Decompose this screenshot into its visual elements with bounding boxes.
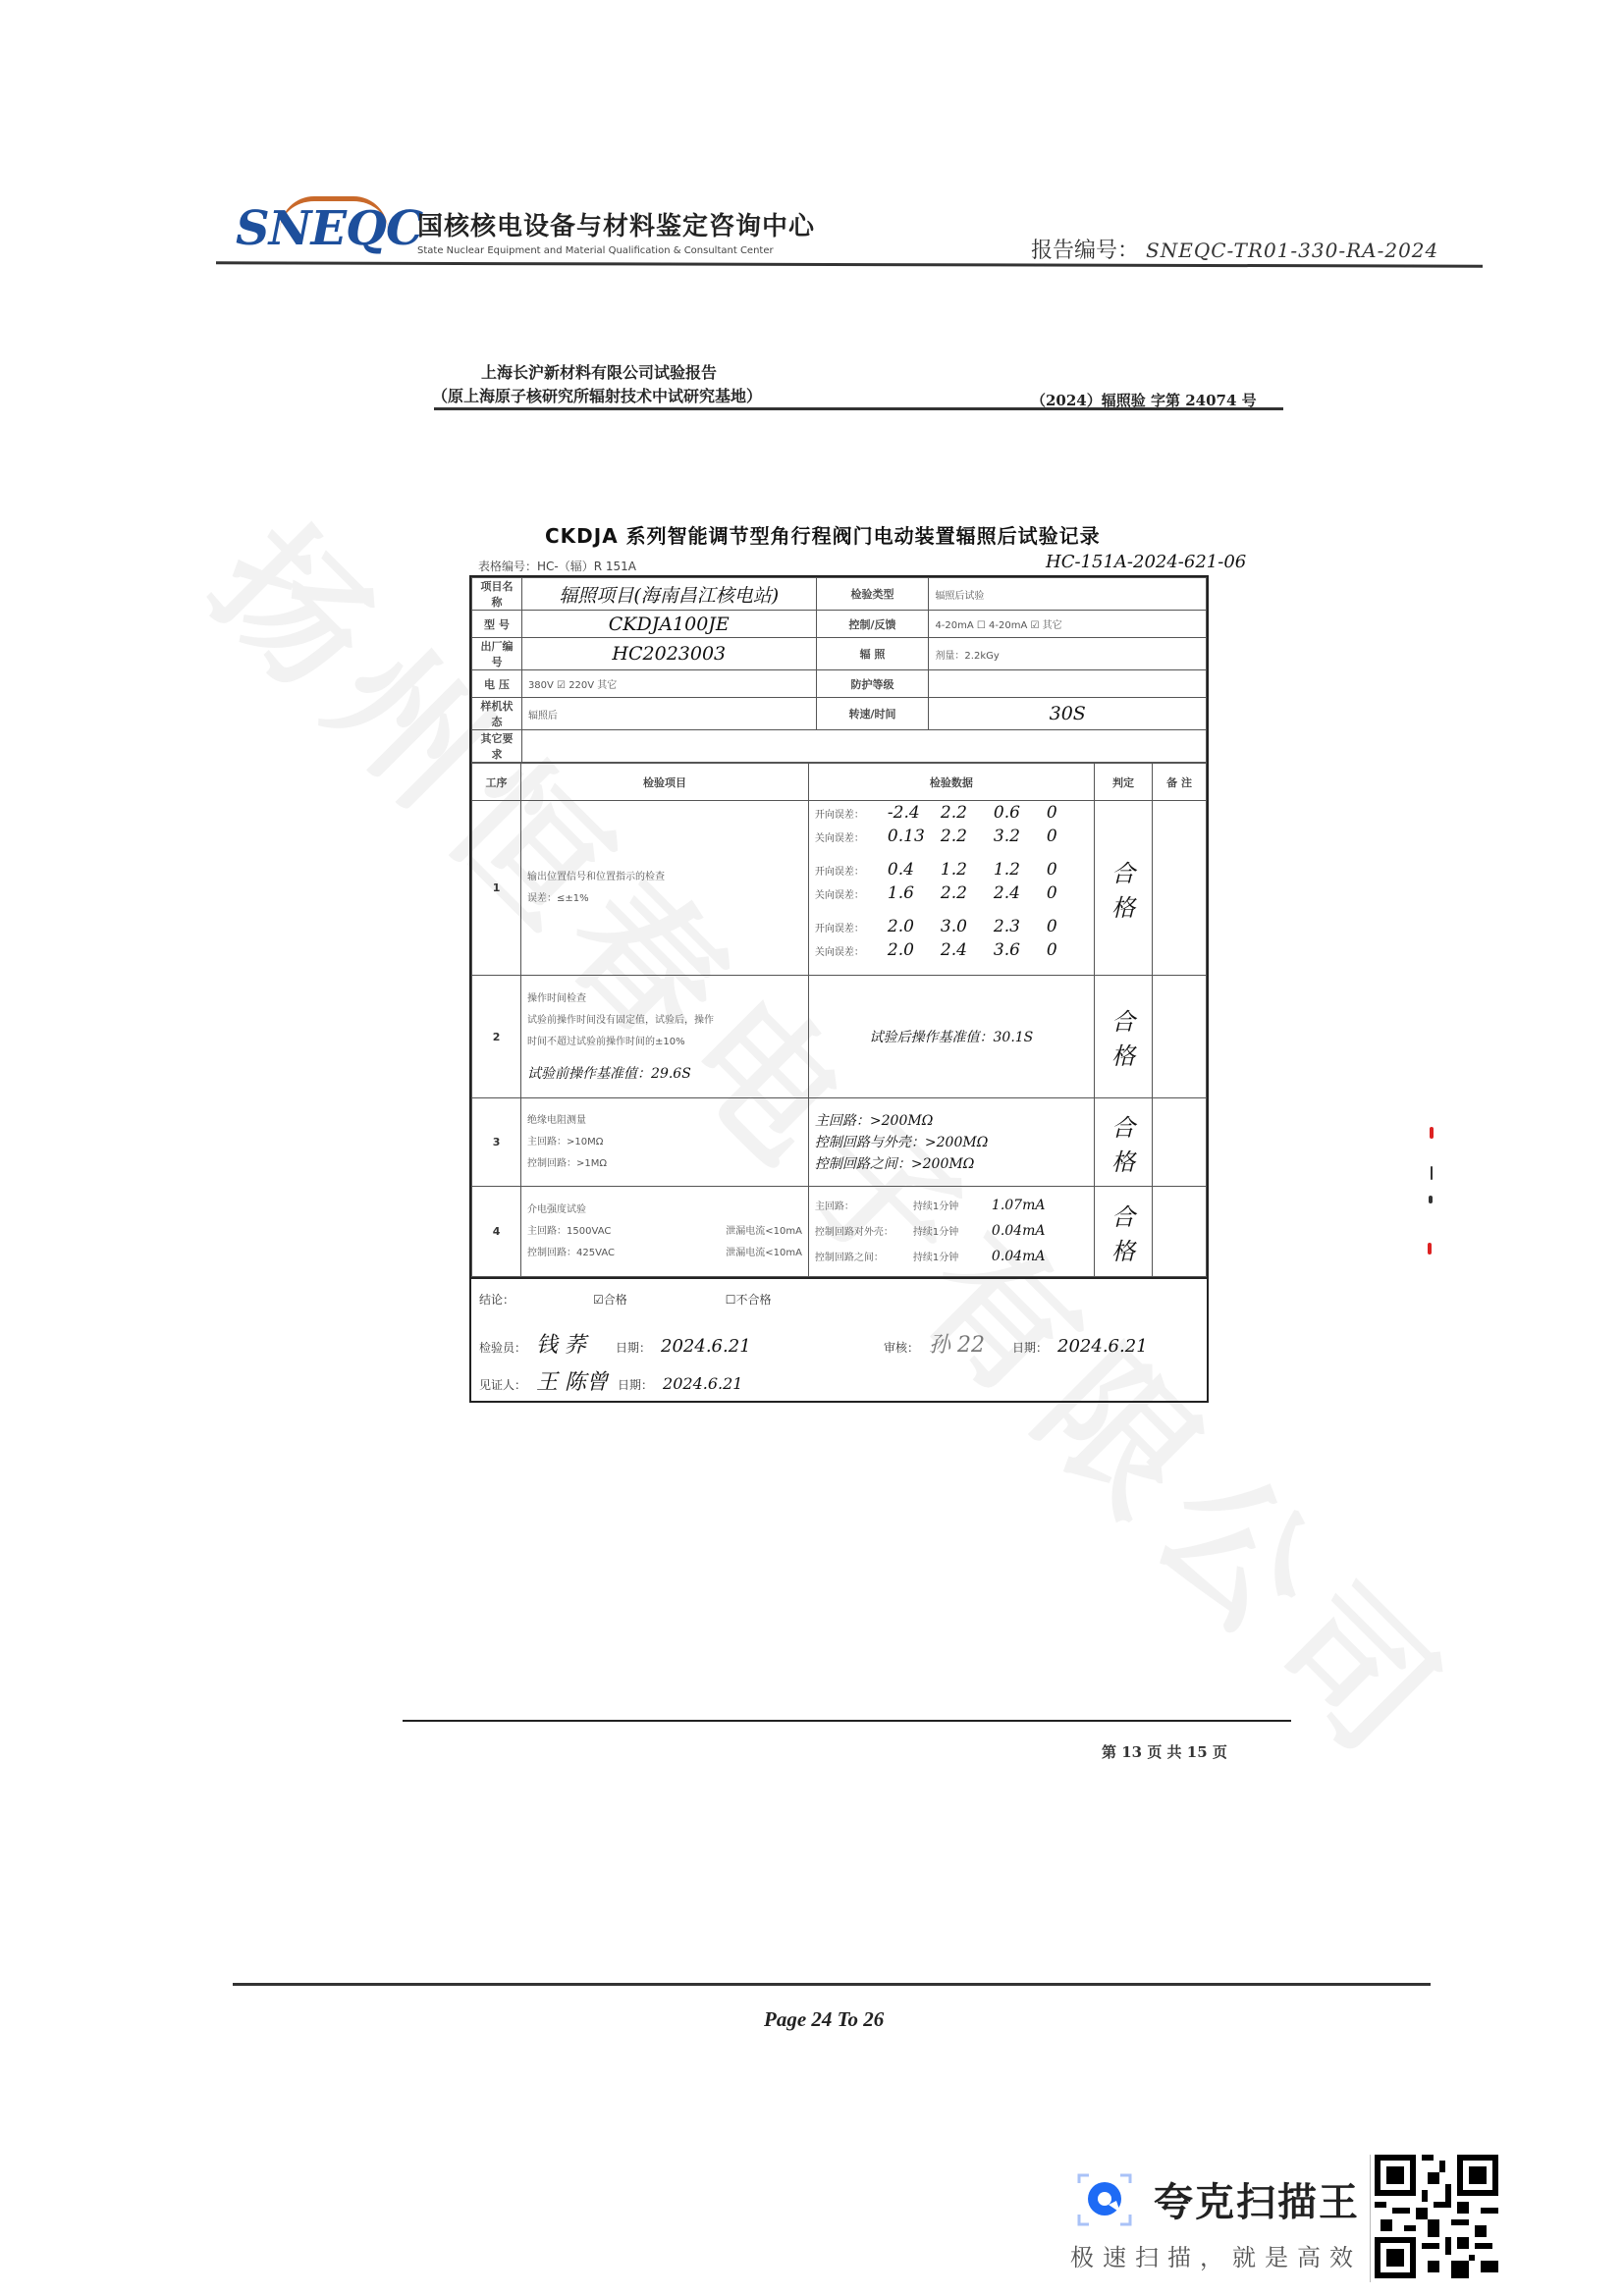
quark-scanner-logo-icon	[1075, 2169, 1134, 2228]
form-title: CKDJA 系列智能调节型角行程阀门电动装置辐照后试验记录	[545, 520, 1101, 549]
info-label: 电 压	[472, 670, 522, 698]
scanner-slogan: 极速扫描，就是高效	[1070, 2238, 1362, 2272]
conclusion-pass-checkbox: ☑合格	[593, 1291, 627, 1308]
info-row: 项目名称辐照项目(海南昌江核电站)检验类型辐照后试验	[472, 578, 1207, 611]
data-line: 控制回路与外壳：>200MΩ	[815, 1132, 1088, 1153]
item-line: 控制回路：>1MΩ	[527, 1153, 802, 1175]
info-value: CKDJA100JE	[521, 611, 816, 638]
measurement-value: 3.2	[994, 827, 1035, 846]
step-data: 主回路：持续1分钟1.07mA控制回路对外壳：持续1分钟0.04mA控制回路之间…	[808, 1187, 1094, 1277]
step-item: 绝缘电阻测量 主回路：>10MΩ 控制回路：>1MΩ	[521, 1098, 809, 1187]
dielectric-line: 主回路：持续1分钟1.07mA	[815, 1194, 1088, 1219]
measurement-line: 开向误差：-2.42.20.60	[815, 803, 1088, 827]
info-value: HC2023003	[521, 638, 816, 670]
info-label: 项目名称	[472, 578, 522, 611]
measurement-line: 开向误差：2.03.02.30	[815, 917, 1088, 940]
measurement-label: 关向误差：	[815, 886, 876, 901]
measurement-value: -2.4	[888, 803, 929, 823]
dielectric-duration: 持续1分钟	[913, 1196, 992, 1219]
measurement-value: 1.2	[941, 860, 982, 880]
measurement-line: 关向误差：1.62.22.40	[815, 883, 1088, 907]
data-line: 主回路：>200MΩ	[815, 1110, 1088, 1132]
step-remark	[1153, 1098, 1207, 1187]
step-number: 1	[472, 801, 521, 976]
scanner-app-name: 夸克扫描王	[1154, 2171, 1360, 2227]
info-label-2: 检验类型	[816, 578, 929, 611]
measurement-value: 3.6	[994, 940, 1035, 960]
measurement-label: 关向误差：	[815, 829, 876, 844]
org-name-en: State Nuclear Equipment and Material Qua…	[417, 245, 774, 256]
reviewer-date-label: 日期：	[1012, 1339, 1048, 1356]
measurement-group: 开向误差：0.41.21.20关向误差：1.62.22.40	[815, 860, 1088, 907]
measurement-value: 0	[1047, 827, 1088, 846]
info-label-2: 防护等级	[816, 670, 929, 698]
dielectric-label: 控制回路对外壳：	[815, 1221, 913, 1245]
witness-date-label: 日期：	[618, 1376, 653, 1393]
step-remark	[1153, 801, 1207, 976]
measurement-value: 1.6	[888, 883, 929, 903]
conclusion-label: 结论：	[479, 1291, 514, 1308]
col-remark: 备 注	[1153, 764, 1207, 801]
info-label: 样机状态	[472, 698, 522, 730]
step-item: 输出位置信号和位置指示的检查 误差：≤±1%	[521, 801, 809, 976]
item-line: 泄漏电流<10mA	[726, 1243, 802, 1264]
table-row: 4 介电强度试验 主回路：1500VAC 泄漏电流<10mA 控制回路：425V…	[472, 1187, 1207, 1277]
reviewer-signature: 审核： 孙 22 日期： 2024.6.21	[884, 1328, 1148, 1359]
item-line: 输出位置信号和位置指示的检查	[527, 867, 802, 888]
col-step: 工序	[472, 764, 521, 801]
inspector-date-label: 日期：	[616, 1339, 651, 1356]
info-label-2: 控制/反馈	[816, 611, 929, 638]
info-value-2	[929, 670, 1207, 698]
measurement-value: 0	[1047, 883, 1088, 903]
witness-date: 2024.6.21	[663, 1374, 742, 1393]
measurement-label: 开向误差：	[815, 920, 876, 934]
step-number: 2	[472, 976, 521, 1098]
measurement-value: 0	[1047, 940, 1088, 960]
step-data: 试验后操作基准值：30.1S	[808, 976, 1094, 1098]
info-label: 其它要求	[472, 730, 522, 763]
step-data: 主回路：>200MΩ 控制回路与外壳：>200MΩ 控制回路之间：>200MΩ	[808, 1098, 1094, 1187]
measurement-value: 2.0	[888, 917, 929, 936]
step-item: 介电强度试验 主回路：1500VAC 泄漏电流<10mA 控制回路：425VAC…	[521, 1187, 809, 1277]
form-number: 表格编号：HC-（辐）R 151A	[478, 558, 636, 574]
measurement-line: 关向误差：2.02.43.60	[815, 940, 1088, 964]
col-verdict: 判定	[1094, 764, 1152, 801]
dielectric-value: 0.04mA	[992, 1219, 1046, 1243]
step-verdict: 合格	[1094, 1098, 1152, 1187]
dielectric-value: 0.04mA	[992, 1245, 1046, 1268]
qr-code-icon[interactable]	[1375, 2155, 1498, 2278]
reviewer-label: 审核：	[884, 1339, 919, 1356]
info-value: 辐照后	[521, 698, 816, 730]
step-item: 操作时间检查 试验前操作时间没有固定值，试验后，操作 时间不超过试验前操作时间的…	[521, 976, 809, 1098]
sneqc-logo: SNEQC	[236, 201, 422, 256]
dielectric-duration: 持续1分钟	[913, 1247, 992, 1270]
inspector-date: 2024.6.21	[661, 1336, 751, 1357]
col-item: 检验项目	[521, 764, 809, 801]
info-value-2: 辐照后试验	[929, 578, 1207, 611]
table-row: 3 绝缘电阻测量 主回路：>10MΩ 控制回路：>1MΩ 主回路：>200MΩ …	[472, 1098, 1207, 1187]
page-number-en: Page 24 To 26	[764, 2007, 884, 2032]
table-row: 2 操作时间检查 试验前操作时间没有固定值，试验后，操作 时间不超过试验前操作时…	[472, 976, 1207, 1098]
step-verdict: 合格	[1094, 976, 1152, 1098]
footer-divider	[403, 1720, 1291, 1722]
inspector-label: 检验员：	[479, 1339, 526, 1356]
info-row: 电 压380V ☑ 220V 其它防护等级	[472, 670, 1207, 698]
dielectric-duration: 持续1分钟	[913, 1221, 992, 1245]
reviewer-date: 2024.6.21	[1057, 1336, 1148, 1357]
measurement-value: 0	[1047, 803, 1088, 823]
info-value: 380V ☑ 220V 其它	[521, 670, 816, 698]
item-line: 泄漏电流<10mA	[726, 1221, 802, 1243]
info-row: 出厂编号HC2023003辐 照剂量：2.2kGy	[472, 638, 1207, 670]
outer-footer-divider	[233, 1983, 1431, 1986]
measurement-value: 0.6	[994, 803, 1035, 823]
info-value-2: 剂量：2.2kGy	[929, 638, 1207, 670]
measurement-value: 2.2	[941, 883, 982, 903]
info-row: 样机状态辐照后转速/时间30S	[472, 698, 1207, 730]
item-line: 误差：≤±1%	[527, 888, 802, 910]
measurement-value: 0	[1047, 860, 1088, 880]
step-remark	[1153, 976, 1207, 1098]
lab-former-name: （原上海原子核研究所辐射技术中试研究基地）	[432, 384, 762, 406]
info-label-2: 转速/时间	[816, 698, 929, 730]
measurement-label: 开向误差：	[815, 863, 876, 878]
report-number: 报告编号： SNEQC-TR01-330-RA-2024	[1031, 234, 1438, 264]
info-value-2: 30S	[929, 698, 1207, 730]
dielectric-value: 1.07mA	[992, 1194, 1046, 1217]
step-remark	[1153, 1187, 1207, 1277]
report-number-label: 报告编号：	[1031, 239, 1139, 263]
measurement-group: 开向误差：-2.42.20.60关向误差：0.132.23.20	[815, 803, 1088, 850]
witness-label: 见证人：	[479, 1376, 526, 1393]
reviewer-name: 孙 22	[929, 1328, 985, 1359]
info-row: 其它要求	[472, 730, 1207, 763]
page-number-cn: 第 13 页 共 15 页	[1102, 1741, 1227, 1762]
measurement-value: 2.3	[994, 917, 1035, 936]
item-line: 主回路：>10MΩ	[527, 1132, 802, 1153]
dielectric-label: 控制回路之间：	[815, 1247, 913, 1270]
info-value: 辐照项目(海南昌江核电站)	[521, 578, 816, 611]
conclusion: 结论： ☑合格 ☐不合格	[479, 1291, 772, 1308]
inspector-signature: 检验员： 钱 荞 日期： 2024.6.21	[479, 1328, 751, 1359]
step-data: 开向误差：-2.42.20.60关向误差：0.132.23.20开向误差：0.4…	[808, 801, 1094, 976]
witness-name: 王 陈曾	[536, 1365, 608, 1396]
item-line: 时间不超过试验前操作时间的±10%	[527, 1032, 802, 1053]
step-verdict: 合格	[1094, 1187, 1152, 1277]
col-data: 检验数据	[808, 764, 1094, 801]
step-verdict: 合格	[1094, 801, 1152, 976]
inspector-name: 钱 荞	[536, 1328, 586, 1359]
info-value-2: 4-20mA ☐ 4-20mA ☑ 其它	[929, 611, 1207, 638]
dielectric-line: 控制回路对外壳：持续1分钟0.04mA	[815, 1219, 1088, 1245]
measurement-value: 2.2	[941, 827, 982, 846]
org-name-cn: 国核核电设备与材料鉴定咨询中心	[417, 206, 815, 242]
item-line: 主回路：1500VAC	[527, 1221, 611, 1243]
red-stamp-edge	[1424, 1127, 1443, 1264]
item-line: 控制回路：425VAC	[527, 1243, 615, 1264]
item-line: 介电强度试验	[527, 1200, 802, 1221]
table-row: 1 输出位置信号和位置指示的检查 误差：≤±1% 开向误差：-2.42.20.6…	[472, 801, 1207, 976]
signature-block: 结论： ☑合格 ☐不合格 检验员： 钱 荞 日期： 2024.6.21 审核： …	[469, 1271, 1209, 1403]
measurement-line: 开向误差：0.41.21.20	[815, 860, 1088, 883]
info-label: 出厂编号	[472, 638, 522, 670]
info-label: 型 号	[472, 611, 522, 638]
measurement-label: 开向误差：	[815, 806, 876, 821]
measurement-value: 2.4	[994, 883, 1035, 903]
measurement-label: 关向误差：	[815, 943, 876, 958]
measurement-group: 开向误差：2.03.02.30关向误差：2.02.43.60	[815, 917, 1088, 964]
measurement-value: 1.2	[994, 860, 1035, 880]
test-record-table: 项目名称辐照项目(海南昌江核电站)检验类型辐照后试验型 号CKDJA100JE控…	[469, 575, 1209, 1279]
data-line: 控制回路之间：>200MΩ	[815, 1153, 1088, 1175]
witness-signature: 见证人： 王 陈曾 日期： 2024.6.21	[479, 1365, 742, 1396]
measurement-value: 0.4	[888, 860, 929, 880]
step-number: 4	[472, 1187, 521, 1277]
measurement-value: 2.4	[941, 940, 982, 960]
dielectric-label: 主回路：	[815, 1196, 913, 1219]
measurement-value: 0.13	[888, 827, 929, 846]
info-value	[521, 730, 1206, 763]
item-line: 操作时间检查	[527, 988, 802, 1010]
badge-divider	[1370, 2155, 1371, 2282]
item-line: 绝缘电阻测量	[527, 1110, 802, 1132]
report-number-value: SNEQC-TR01-330-RA-2024	[1146, 239, 1438, 262]
table-header-row: 工序 检验项目 检验数据 判定 备 注	[472, 764, 1207, 801]
measurement-value: 2.2	[941, 803, 982, 823]
info-label-2: 辐 照	[816, 638, 929, 670]
dielectric-line: 控制回路之间：持续1分钟0.04mA	[815, 1245, 1088, 1270]
item-line: 试验前操作时间没有固定值，试验后，操作	[527, 1010, 802, 1032]
conclusion-fail-checkbox: ☐不合格	[726, 1291, 772, 1308]
measurement-value: 3.0	[941, 917, 982, 936]
handwritten-record-number: HC-151A-2024-621-06	[1046, 552, 1246, 572]
step-number: 3	[472, 1098, 521, 1187]
lab-divider	[434, 407, 1283, 410]
measurement-line: 关向误差：0.132.23.20	[815, 827, 1088, 850]
measurement-value: 0	[1047, 917, 1088, 936]
item-line: 试验前操作基准值：29.6S	[527, 1063, 802, 1085]
measurement-value: 2.0	[888, 940, 929, 960]
info-row: 型 号CKDJA100JE控制/反馈4-20mA ☐ 4-20mA ☑ 其它	[472, 611, 1207, 638]
lab-name: 上海长沪新材料有限公司试验报告	[481, 360, 717, 383]
